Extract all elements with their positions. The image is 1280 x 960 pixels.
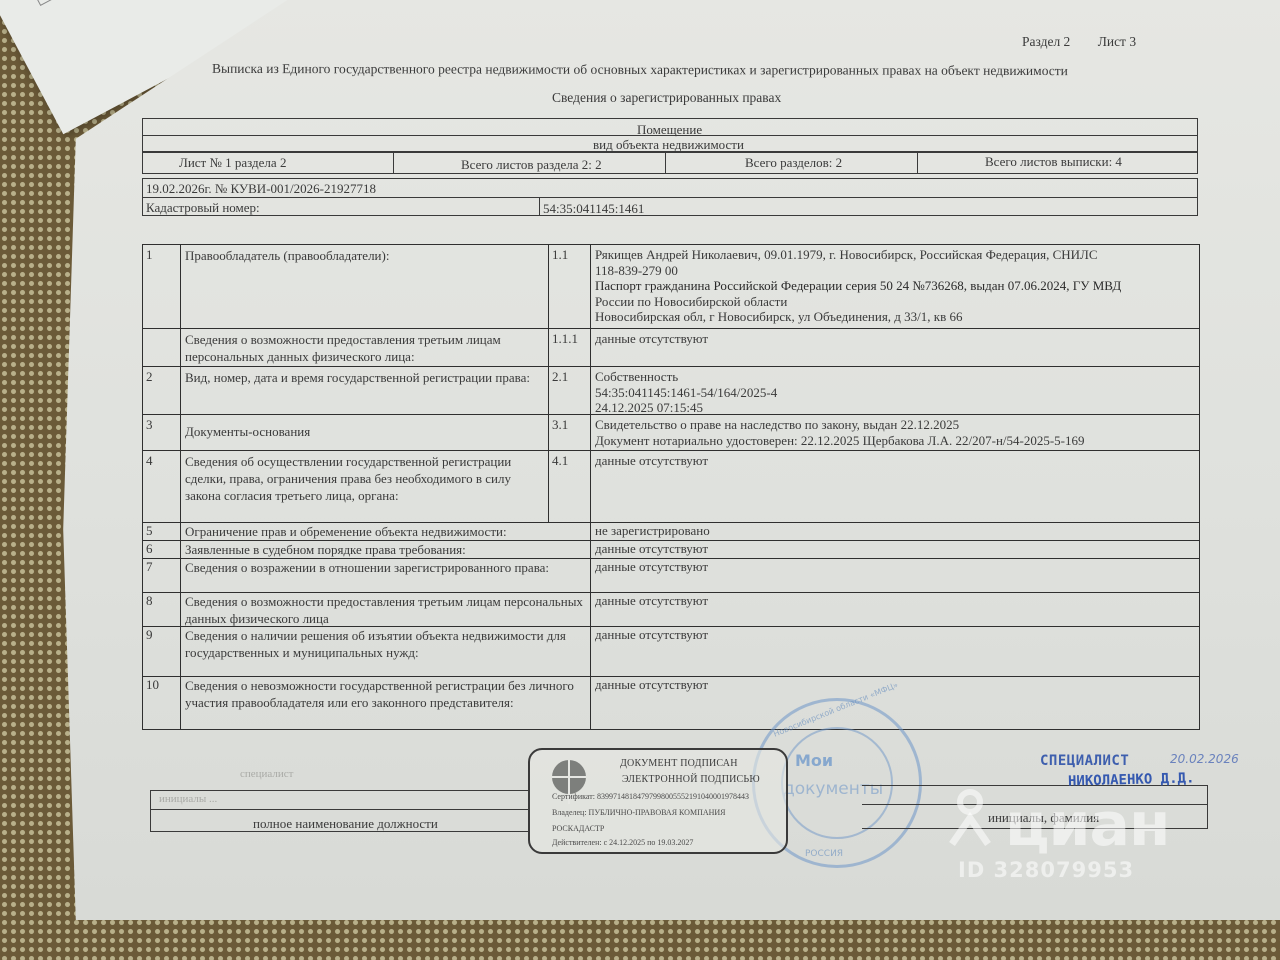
faint-initials-text: инициалы ... — [159, 793, 217, 805]
value-line: 24.12.2025 07:15:45 — [595, 400, 1195, 416]
row-value: Собственность 54:35:041145:1461-54/164/2… — [591, 367, 1199, 414]
sheet-info: Раздел 2 Лист 3 — [1022, 34, 1136, 49]
specialist-name: НИКОЛАЕНКО Д.Д. — [1068, 770, 1195, 789]
row-label: Сведения о возможности предоставления тр… — [181, 329, 549, 366]
form-box — [28, 0, 56, 6]
row-number: 4 — [143, 451, 181, 522]
signature-emblem-icon — [552, 760, 586, 794]
row-subnumber: 1.1 — [549, 245, 591, 328]
value-line: Собственность — [595, 369, 1195, 385]
row-subnumber: 1.1.1 — [549, 329, 591, 366]
row-label: Сведения о невозможности государственной… — [181, 677, 591, 729]
owner-line: России по Новосибирской области — [595, 294, 1195, 310]
row-number: 3 — [143, 415, 181, 450]
divider — [143, 197, 1197, 198]
stamp-country: РОССИЯ — [805, 849, 843, 859]
value-line: Документ нотариально удостоверен: 22.12.… — [595, 433, 1195, 449]
row-value: Рякищев Андрей Николаевич, 09.01.1979, г… — [591, 245, 1199, 328]
row-value: данные отсутствуют — [591, 627, 1199, 676]
owner-line: Новосибирская обл, г Новосибирск, ул Объ… — [595, 309, 1195, 325]
table-row: 5 Ограничение прав и обременение объекта… — [143, 523, 1199, 541]
row-number: 5 — [143, 523, 181, 540]
table-row: 9 Сведения о наличии решения об изъятии … — [143, 627, 1199, 677]
total-sheets-extract: Всего листов выписки: 4 — [985, 154, 1122, 170]
cadastral-label: Кадастровый номер: — [146, 200, 260, 216]
row-label: Заявленные в судебном порядке права треб… — [181, 541, 591, 558]
row-label: Ограничение прав и обременение объекта н… — [181, 523, 591, 540]
row-label: Документы-основания — [181, 415, 549, 450]
signature-heading-2: ЭЛЕКТРОННОЙ ПОДПИСЬЮ — [622, 774, 760, 785]
sheet-number: Лист № 1 раздела 2 — [179, 155, 286, 171]
row-label: Сведения о возможности предоставления тр… — [181, 593, 591, 626]
table-row: 1 Правообладатель (правообладатели): 1.1… — [143, 245, 1199, 329]
row-value: данные отсутствуют — [591, 451, 1199, 522]
signature-owner: Владелец: ПУБЛИЧНО-ПРАВОВАЯ КОМПАНИЯ — [552, 808, 726, 817]
signature-certificate: Сертификат: 8399714818479799800555219104… — [552, 792, 749, 801]
table-row: 8 Сведения о возможности предоставления … — [143, 593, 1199, 627]
divider — [393, 153, 394, 173]
cian-watermark-logo: циан — [1005, 790, 1169, 860]
section-label: Раздел 2 — [1022, 34, 1070, 49]
table-row: 2 Вид, номер, дата и время государственн… — [143, 367, 1199, 415]
row-label: Сведения о наличии решения об изъятии об… — [181, 627, 591, 676]
row-value: данные отсутствуют — [591, 541, 1199, 558]
signature-heading: ДОКУМЕНТ ПОДПИСАН — [620, 758, 738, 769]
owner-line: Рякищев Андрей Николаевич, 09.01.1979, г… — [595, 247, 1195, 263]
row-number: 8 — [143, 593, 181, 626]
cian-pin-icon — [948, 788, 992, 848]
extract-info-box: 19.02.2026г. № КУВИ-001/2026-21927718 Ка… — [142, 178, 1198, 216]
signature-owner-2: РОСКАДАСТР — [552, 824, 604, 833]
stamp-brand: Мои — [795, 751, 833, 770]
row-value: не зарегистрировано — [591, 523, 1199, 540]
row-label: Сведения об осуществлении государственно… — [181, 451, 549, 522]
faint-position-text: специалист — [240, 768, 293, 780]
sheet-label: Лист 3 — [1098, 34, 1136, 49]
value-line: Свидетельство о праве на наследство по з… — [595, 417, 1195, 433]
document-subtitle: Сведения о зарегистрированных правах — [552, 90, 781, 105]
specialist-stamp-title: СПЕЦИАЛИСТ — [1040, 753, 1129, 769]
row-number: 9 — [143, 627, 181, 676]
row-value: Свидетельство о праве на наследство по з… — [591, 415, 1199, 450]
row-label: Правообладатель (правообладатели): — [181, 245, 549, 328]
total-sections: Всего разделов: 2 — [745, 155, 842, 171]
object-type-caption: вид объекта недвижимости — [593, 137, 744, 153]
row-label: Сведения о возражении в отношении зареги… — [181, 559, 591, 592]
row-number: 6 — [143, 541, 181, 558]
position-caption: полное наименование должности — [253, 816, 438, 831]
sheet-counts-row: Лист № 1 раздела 2 Всего листов раздела … — [142, 152, 1198, 174]
row-subnumber: 3.1 — [549, 415, 591, 450]
electronic-signature-block: ДОКУМЕНТ ПОДПИСАН ЭЛЕКТРОННОЙ ПОДПИСЬЮ С… — [528, 748, 788, 854]
document-title: Выписка из Единого государственного реес… — [212, 61, 1068, 78]
object-type-value: Помещение — [637, 122, 702, 138]
table-row: 10 Сведения о невозможности государствен… — [143, 677, 1199, 729]
row-value: данные отсутствуют — [591, 329, 1199, 366]
extract-number: 19.02.2026г. № КУВИ-001/2026-21927718 — [146, 181, 376, 197]
table-row: 7 Сведения о возражении в отношении заре… — [143, 559, 1199, 593]
divider — [539, 197, 540, 215]
signature-validity: Действителен: с 24.12.2025 по 19.03.2027 — [552, 838, 693, 847]
row-number: 1 — [143, 245, 181, 328]
object-type-box: Помещение вид объекта недвижимости — [142, 118, 1198, 152]
table-row: 4 Сведения об осуществлении государствен… — [143, 451, 1199, 523]
row-value: данные отсутствуют — [591, 559, 1199, 592]
position-box: инициалы ... полное наименование должнос… — [150, 790, 530, 832]
value-line: 54:35:041145:1461-54/164/2025-4 — [595, 385, 1195, 401]
value-line: данные отсутствуют — [595, 453, 1195, 469]
cian-watermark-id: ID 328079953 — [958, 858, 1134, 882]
divider — [151, 809, 529, 810]
cadastral-number: 54:35:041145:1461 — [543, 201, 644, 217]
value-line: данные отсутствуют — [595, 331, 1195, 347]
total-sheets-section: Всего листов раздела 2: 2 — [461, 157, 602, 173]
table-row: 6 Заявленные в судебном порядке права тр… — [143, 541, 1199, 559]
divider — [917, 153, 918, 173]
divider — [665, 153, 666, 173]
row-number — [143, 329, 181, 366]
row-subnumber: 2.1 — [549, 367, 591, 414]
table-row: Сведения о возможности предоставления тр… — [143, 329, 1199, 367]
row-label: Вид, номер, дата и время государственной… — [181, 367, 549, 414]
row-number: 7 — [143, 559, 181, 592]
owner-line: Паспорт гражданина Российской Федерации … — [595, 278, 1195, 294]
owner-line: 118-839-279 00 — [595, 263, 1195, 279]
row-subnumber: 4.1 — [549, 451, 591, 522]
table-row: 3 Документы-основания 3.1 Свидетельство … — [143, 415, 1199, 451]
row-number: 2 — [143, 367, 181, 414]
row-number: 10 — [143, 677, 181, 729]
rights-table: 1 Правообладатель (правообладатели): 1.1… — [142, 244, 1200, 730]
specialist-handwritten-date: 20.02.2026 — [1170, 752, 1239, 766]
row-value: данные отсутствуют — [591, 593, 1199, 626]
